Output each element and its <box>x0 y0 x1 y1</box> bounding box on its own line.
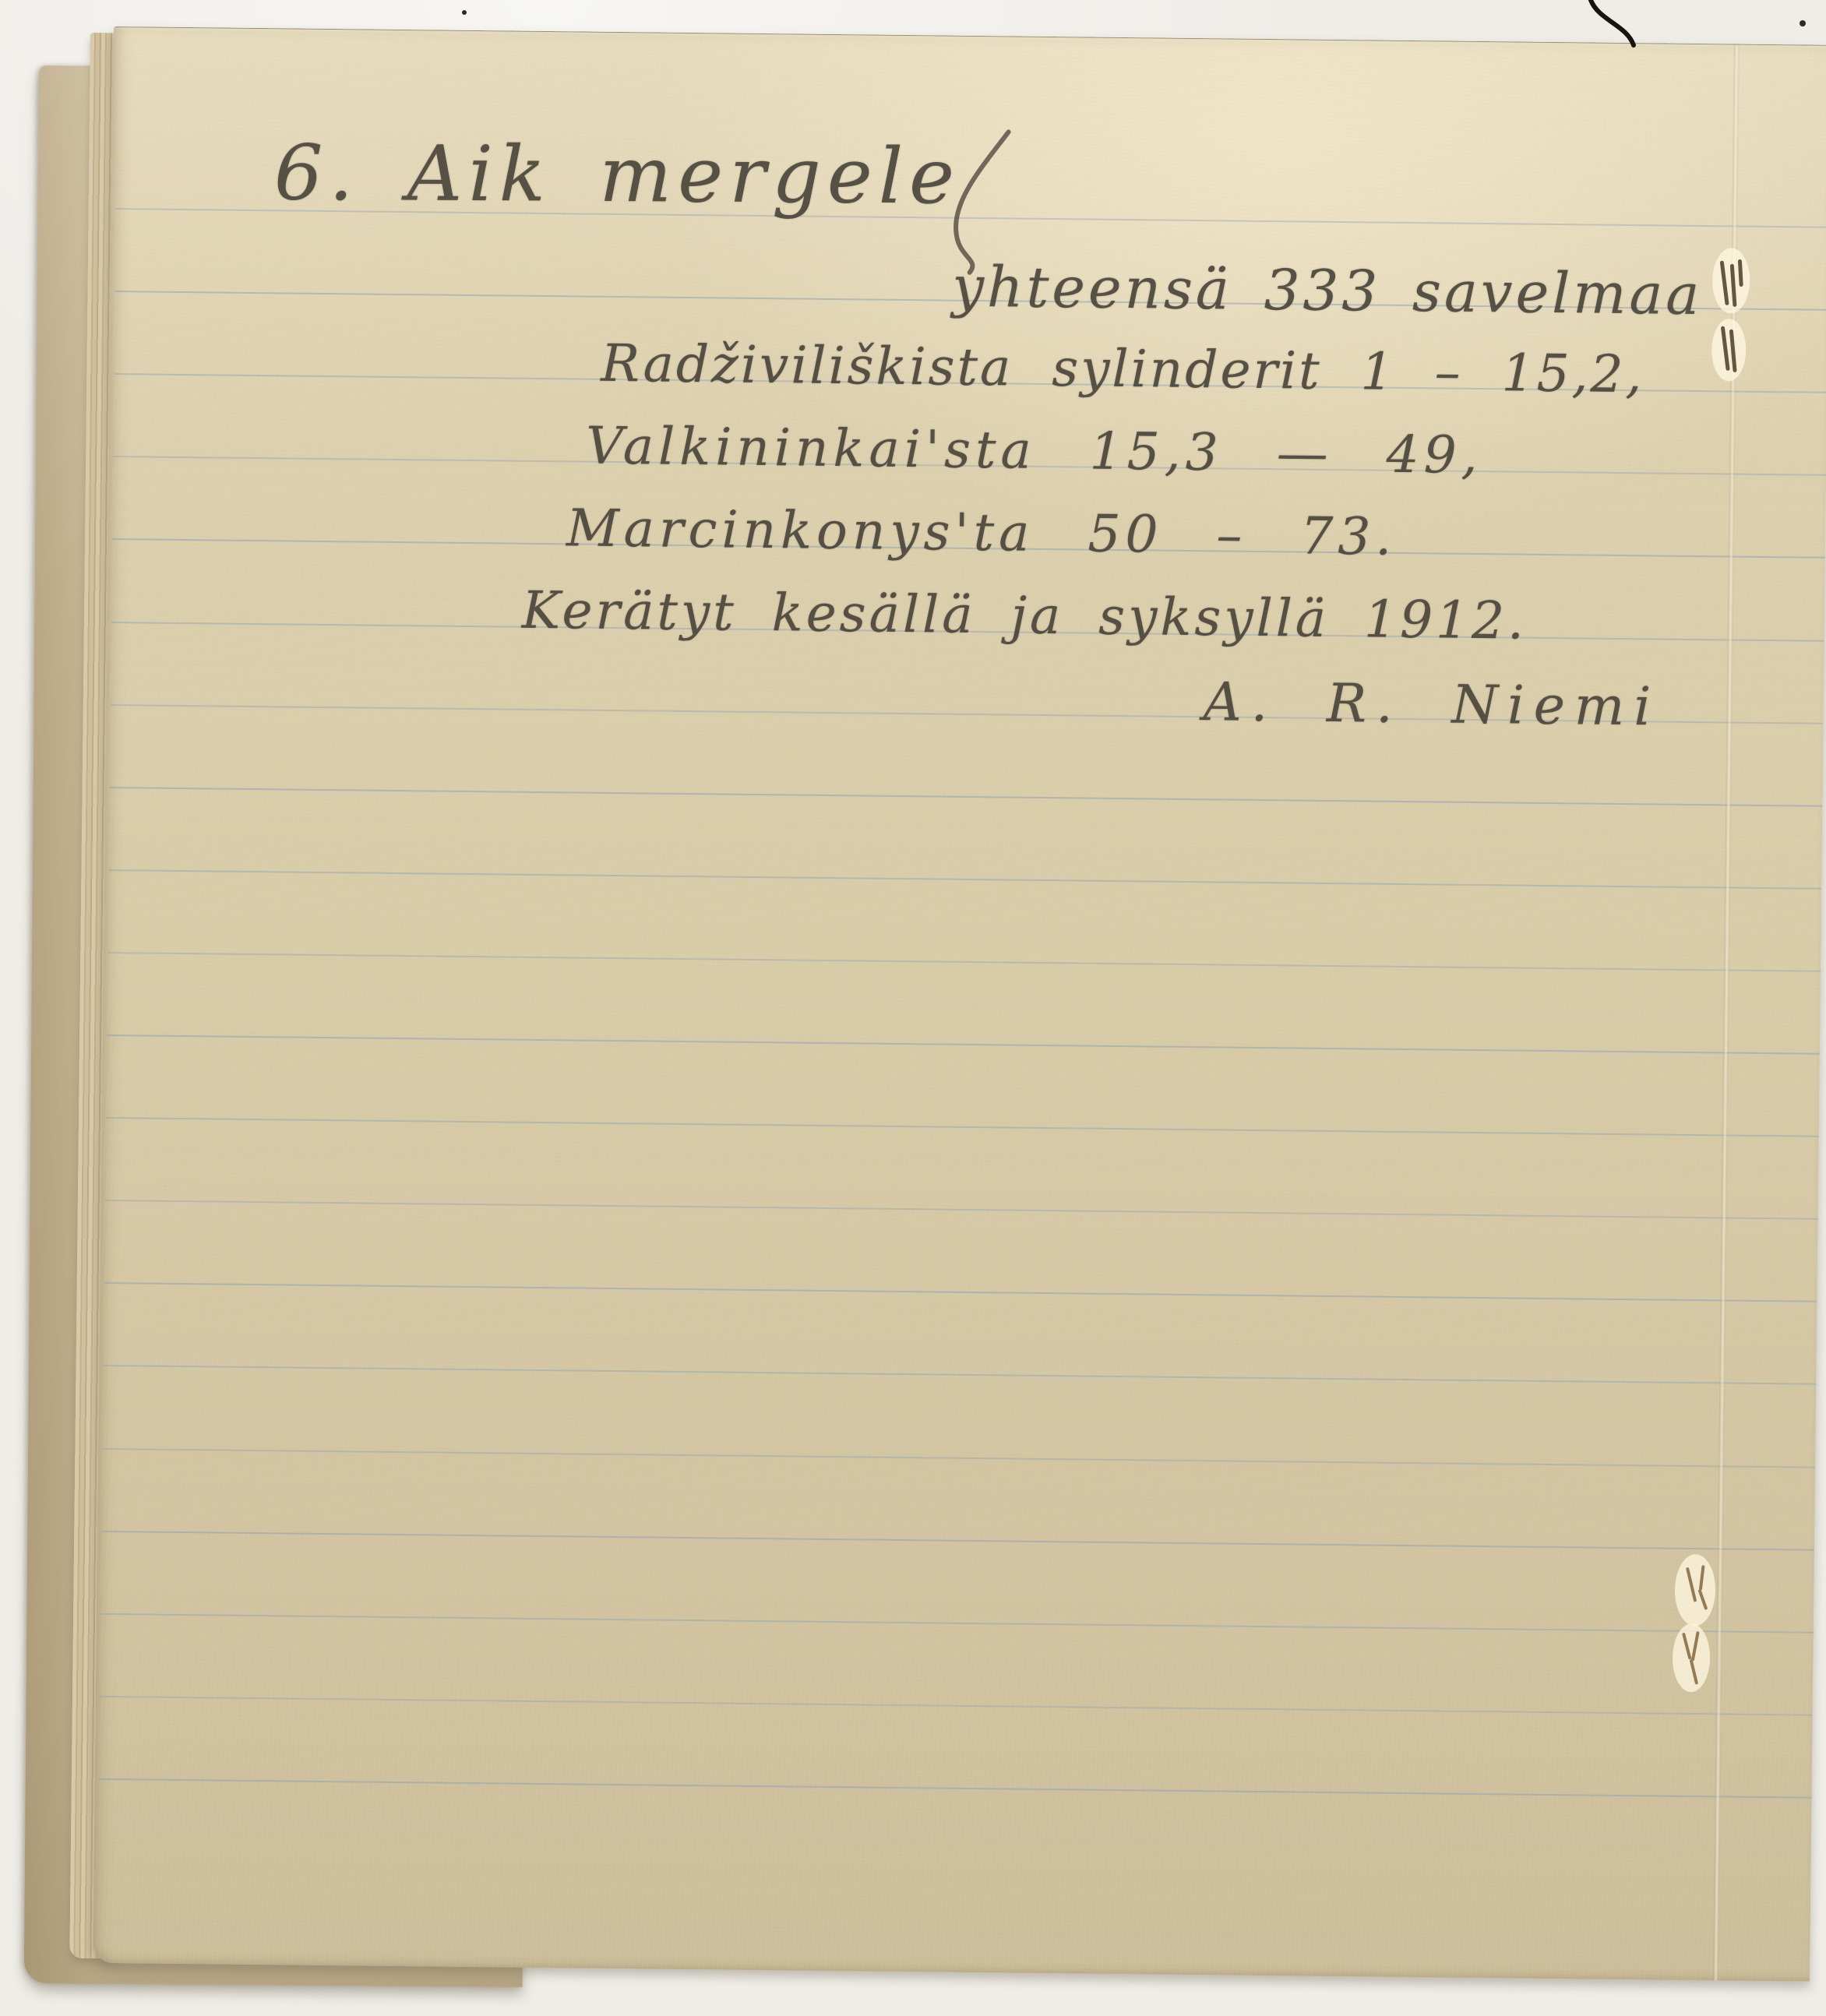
worn-patch <box>1711 319 1747 381</box>
worn-patch <box>1712 248 1750 313</box>
handwritten-line-radziviliskis: Radživiliškista sylinderit 1 – 15,2, <box>601 333 1644 404</box>
stitch-thread-icon <box>1740 261 1741 284</box>
handwritten-line-valkininkai: Valkininkai'sta 15,3 — 49, <box>586 416 1482 485</box>
page-heading: 6. Aik mergele <box>274 129 961 222</box>
handwritten-line-total: yhteensä 333 savelmaa <box>952 254 1703 327</box>
scanned-notebook-page-photo: 6. Aik mergele yhteensä 333 savelmaa Rad… <box>0 0 1826 2016</box>
worn-patch <box>1675 1554 1716 1627</box>
notebook-page: 6. Aik mergele yhteensä 333 savelmaa Rad… <box>93 26 1826 1982</box>
dust-speck <box>462 10 467 15</box>
handwritten-line-marcinkonys: Marcinkonys'ta 50 – 73. <box>566 498 1397 567</box>
dust-speck <box>1800 20 1806 26</box>
pen-flourish <box>955 132 1008 273</box>
handwritten-line-collected: Kerätyt kesällä ja syksyllä 1912. <box>522 580 1528 651</box>
loose-thread-icon <box>1591 0 1634 45</box>
signature: A. R. Niemi <box>1203 671 1660 738</box>
